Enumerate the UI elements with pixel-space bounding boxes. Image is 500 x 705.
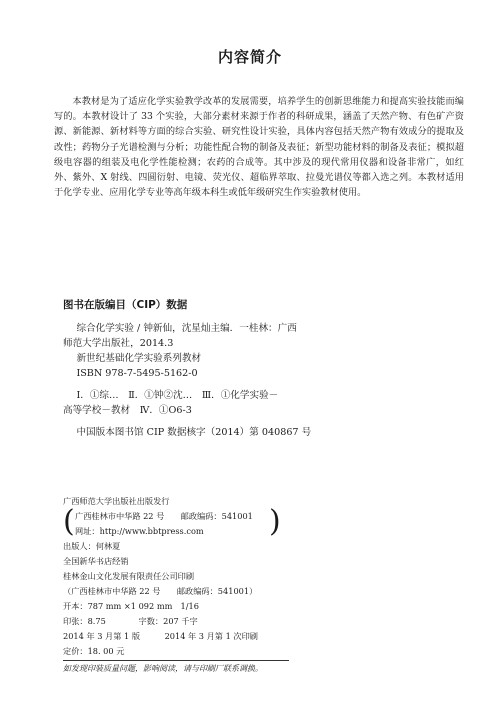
page-title: 内容简介	[0, 46, 500, 67]
right-paren: )	[269, 507, 281, 537]
cip-section: 图书在版编目（CIP）数据 综合化学实验 / 钟新仙，沈星灿主编．一桂林：广西 …	[63, 297, 313, 440]
imprint-section: 广西师范大学出版社出版发行 ( 广西桂林市中华路 22 号 邮政编码：54100…	[63, 494, 303, 676]
quality-notice: 如发现印装质量问题，影响阅读，请与印刷厂联系调换。	[63, 661, 303, 676]
distributor-line: 全国新华书店经销	[63, 554, 303, 569]
cip-line: 师范大学出版社，2014.3	[63, 336, 313, 351]
left-paren: (	[63, 507, 75, 537]
publisher-line: 广西师范大学出版社出版发行	[63, 494, 303, 509]
cip-heading: 图书在版编目（CIP）数据	[63, 297, 313, 312]
printer-address: （广西桂林市中华路 22 号 邮政编码：541001）	[63, 584, 303, 599]
sheets-line: 印张：8.75 字数：207 千字	[63, 614, 303, 629]
publisher-person: 出版人：何林夏	[63, 539, 303, 554]
summary-section: 本教材是为了适应化学实验教学改革的发展需要，培养学生的创新思维能力和提高实验技能…	[54, 94, 464, 200]
address-line: 广西桂林市中华路 22 号 邮政编码：541001	[75, 509, 275, 524]
printer-line: 桂林金山文化发展有限责任公司印刷	[63, 569, 303, 584]
cip-isbn: ISBN 978-7-5495-5162-0	[63, 366, 313, 381]
summary-paragraph: 本教材是为了适应化学实验教学改革的发展需要，培养学生的创新思维能力和提高实验技能…	[54, 94, 464, 200]
edition-line: 2014 年 3 月第 1 版 2014 年 3 月第 1 次印刷	[63, 629, 303, 644]
format-line: 开本：787 mm ×1 092 mm 1/16	[63, 599, 303, 614]
website-line: 网址：http://www.bbtpress.com	[75, 524, 275, 539]
cip-line: 新世纪基础化学实验系列教材	[63, 351, 313, 366]
address-block: ( 广西桂林市中华路 22 号 邮政编码：541001 网址：http://ww…	[63, 509, 275, 539]
cip-line: 综合化学实验 / 钟新仙，沈星灿主编．一桂林：广西	[63, 321, 313, 336]
cip-classification: 高等学校－教材 Ⅳ．①O6-3	[63, 403, 313, 418]
price-line: 定价：18. 00 元	[63, 644, 303, 659]
cip-classification: Ⅰ．①综… Ⅱ．①钟②沈… Ⅲ．①化学实验－	[63, 388, 313, 403]
cip-record: 中国版本图书馆 CIP 数据核字（2014）第 040867 号	[63, 425, 313, 440]
